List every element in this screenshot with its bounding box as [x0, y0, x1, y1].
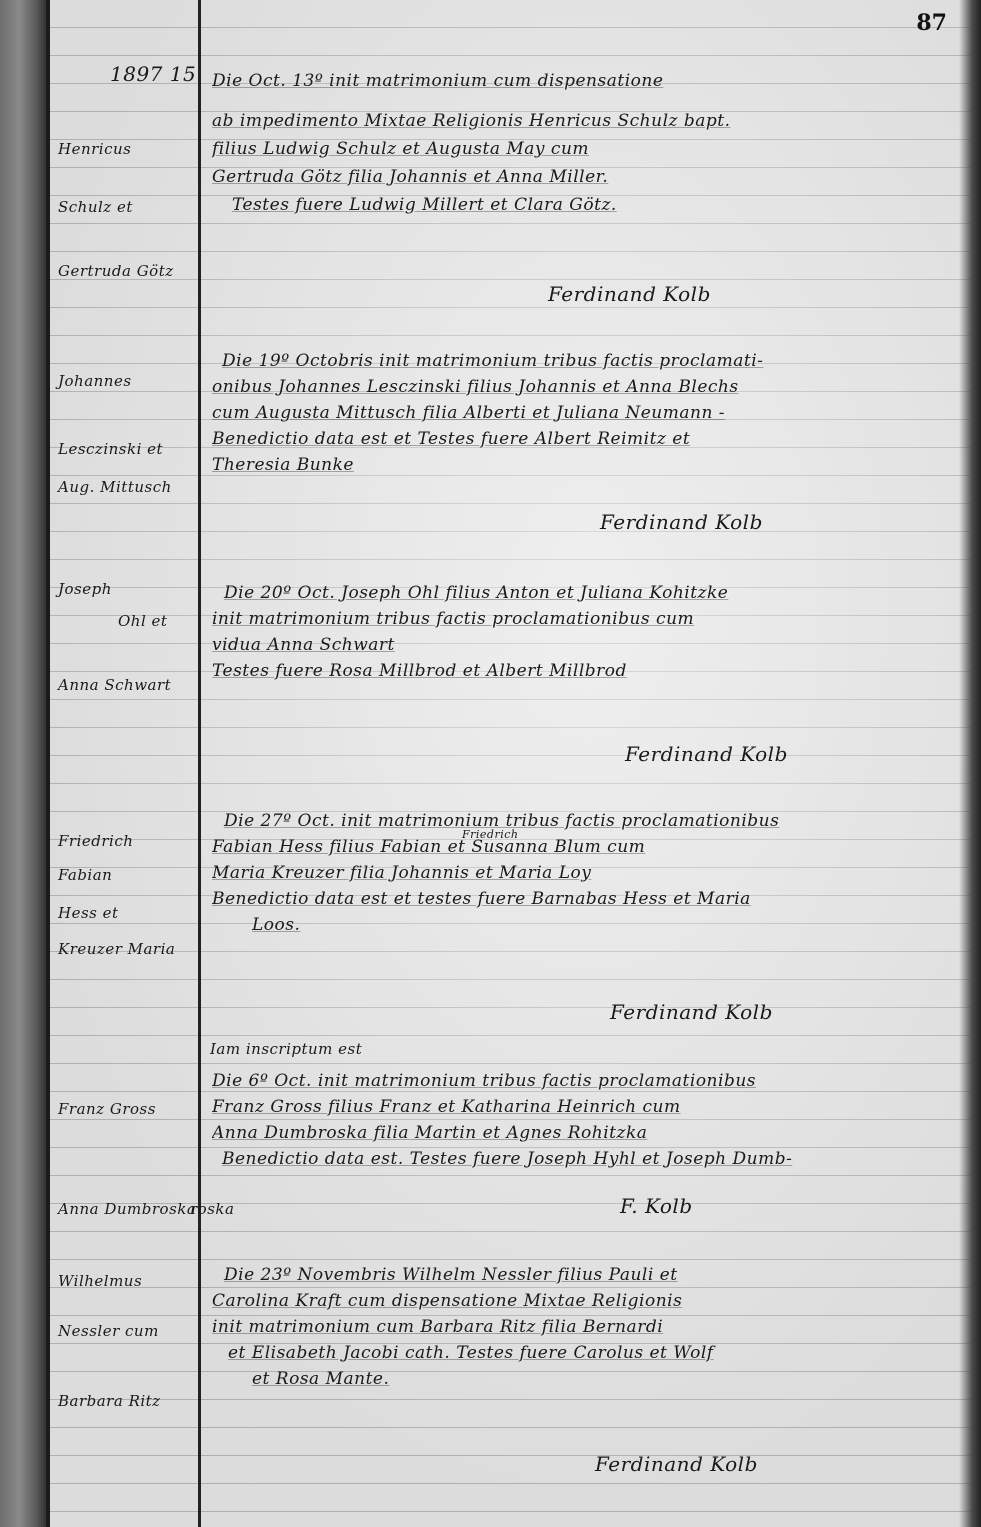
- margin-groom-name: Wilhelmus: [58, 1272, 208, 1290]
- priest-signature: Ferdinand Kolb: [548, 282, 711, 306]
- marriage-entry: Die 6º Oct. init matrimonium tribus fact…: [212, 1068, 962, 1172]
- entry-line: Testes fuere Ludwig Millert et Clara Göt…: [212, 192, 962, 218]
- entry-line: Theresia Bunke: [212, 452, 962, 478]
- priest-signature: Ferdinand Kolb: [610, 1000, 773, 1024]
- margin-groom-surname: Nessler cum: [58, 1322, 208, 1340]
- entry-line: Anna Dumbroska filia Martin et Agnes Roh…: [212, 1120, 962, 1146]
- priest-signature: Ferdinand Kolb: [600, 510, 763, 534]
- entry-line: Gertruda Götz filia Johannis et Anna Mil…: [212, 164, 962, 190]
- priest-signature: F. Kolb: [620, 1194, 693, 1218]
- page-edge-shadow: [959, 0, 981, 1527]
- margin-groom-name-struck: Friedrich: [58, 832, 208, 850]
- entry-line: et Rosa Mante.: [212, 1366, 962, 1392]
- entry-line: Fabian Hess filius Fabian et Susanna Blu…: [212, 834, 962, 860]
- year-header: 1897 15: [110, 62, 196, 86]
- entry-line: Die 6º Oct. init matrimonium tribus fact…: [212, 1068, 962, 1094]
- margin-bride-name: Anna Dumbroska: [58, 1200, 208, 1218]
- entry-line: Die 23º Novembris Wilhelm Nessler filius…: [212, 1262, 962, 1288]
- binding-gutter: [0, 0, 48, 1527]
- entry-line: Die Oct. 13º init matrimonium cum dispen…: [212, 68, 962, 94]
- marriage-entry: Die 19º Octobris init matrimonium tribus…: [212, 348, 962, 478]
- margin-groom-surname: Lesczinski et: [58, 440, 208, 458]
- entry-line: cum Augusta Mittusch filia Alberti et Ju…: [212, 400, 962, 426]
- margin-groom-name: Henricus: [58, 140, 208, 158]
- entry-line: onibus Johannes Lesczinski filius Johann…: [212, 374, 962, 400]
- margin-bride-name: Anna Schwart: [58, 676, 208, 694]
- entry-line: et Elisabeth Jacobi cath. Testes fuere C…: [212, 1340, 962, 1366]
- margin-bride-name: Barbara Ritz: [58, 1392, 208, 1410]
- entry-line: Testes fuere Rosa Millbrod et Albert Mil…: [212, 658, 962, 684]
- entry-line: Die 27º Oct. init matrimonium tribus fac…: [212, 808, 962, 834]
- entry-line: Die 19º Octobris init matrimonium tribus…: [212, 348, 962, 374]
- gutter-rule: [46, 0, 50, 1527]
- priest-signature: Ferdinand Kolb: [625, 742, 788, 766]
- entry-line-continuation: roska: [190, 1200, 234, 1218]
- entry-line: ab impedimento Mixtae Religionis Henricu…: [212, 108, 962, 134]
- entry-line: Carolina Kraft cum dispensatione Mixtae …: [212, 1288, 962, 1314]
- entry-line: Benedictio data est et testes fuere Barn…: [212, 886, 962, 912]
- page-number: 87: [916, 10, 947, 36]
- entry-line: Die 20º Oct. Joseph Ohl filius Anton et …: [212, 580, 962, 606]
- marriage-entry: Die Oct. 13º init matrimonium cum dispen…: [212, 68, 962, 218]
- entry-line: Loos.: [212, 912, 962, 938]
- register-page: 87 1897 15 Henricus Schulz et Gertruda G…: [0, 0, 981, 1527]
- marriage-entry: Die 27º Oct. init matrimonium tribus fac…: [212, 808, 962, 938]
- margin-rule: [198, 0, 201, 1527]
- entry-line: Maria Kreuzer filia Johannis et Maria Lo…: [212, 860, 962, 886]
- margin-groom-name: Franz Gross: [58, 1100, 208, 1118]
- margin-groom-surname: Hess et: [58, 904, 208, 922]
- margin-groom-surname: Schulz et: [58, 198, 208, 216]
- entry-line: Benedictio data est. Testes fuere Joseph…: [212, 1146, 962, 1172]
- entry-line: Franz Gross filius Franz et Katharina He…: [212, 1094, 962, 1120]
- margin-groom-name: Joseph: [58, 580, 208, 598]
- entry-line: Benedictio data est et Testes fuere Albe…: [212, 426, 962, 452]
- entry-note: Iam inscriptum est: [210, 1040, 362, 1058]
- margin-bride-name: Aug. Mittusch: [58, 478, 208, 496]
- entry-line: filius Ludwig Schulz et Augusta May cum: [212, 136, 962, 162]
- priest-signature: Ferdinand Kolb: [595, 1452, 758, 1476]
- margin-groom-name: Fabian: [58, 866, 208, 884]
- entry-line: vidua Anna Schwart: [212, 632, 962, 658]
- marriage-entry: Die 20º Oct. Joseph Ohl filius Anton et …: [212, 580, 962, 684]
- margin-bride-name: Kreuzer Maria: [58, 940, 208, 958]
- margin-bride-name: Gertruda Götz: [58, 262, 208, 280]
- marriage-entry: Die 23º Novembris Wilhelm Nessler filius…: [212, 1262, 962, 1392]
- margin-groom-name: Johannes: [58, 372, 208, 390]
- entry-line: init matrimonium tribus factis proclamat…: [212, 606, 962, 632]
- entry-line: init matrimonium cum Barbara Ritz filia …: [212, 1314, 962, 1340]
